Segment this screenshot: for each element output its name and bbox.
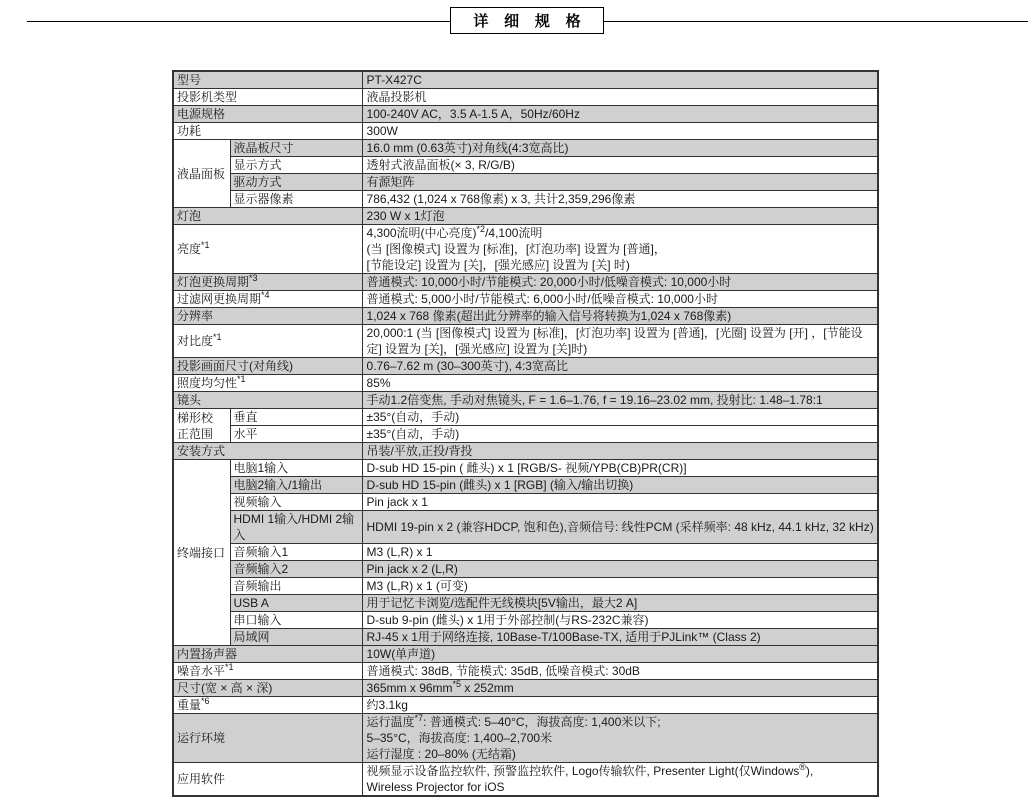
spec-value-cell: ±35°(自动，手动) (362, 426, 878, 443)
table-row: HDMI 1输入/HDMI 2输入HDMI 19-pin x 2 (兼容HDCP… (173, 511, 878, 544)
table-row: 显示器像素786,432 (1,024 x 768像素) x 3, 共计2,35… (173, 191, 878, 208)
spec-value-cell: 230 W x 1灯泡 (362, 208, 878, 225)
spec-sublabel-cell: 显示方式 (230, 157, 362, 174)
table-row: 尺寸(宽 × 高 × 深)365mm x 96mm*5 x 252mm (173, 680, 878, 697)
spec-value-cell: D-sub 9-pin (雌头) x 1用于外部控制(与RS-232C兼容) (362, 612, 878, 629)
spec-label-cell: 尺寸(宽 × 高 × 深) (173, 680, 362, 697)
spec-value-cell: 300W (362, 123, 878, 140)
spec-label-cell: 运行环境 (173, 714, 362, 763)
table-row: 分辨率1,024 x 768 像素(超出此分辨率的输入信号将转换为1,024 x… (173, 308, 878, 325)
spec-sublabel-cell: USB A (230, 595, 362, 612)
table-row: 亮度*14,300流明(中心亮度)*2/4,100流明 (当 [图像模式] 设置… (173, 225, 878, 274)
spec-sublabel-cell: 液晶板尺寸 (230, 140, 362, 157)
table-row: 投影画面尺寸(对角线)0.76–7.62 m (30–300英寸), 4:3宽高… (173, 358, 878, 375)
table-row: 音频输入2Pin jack x 2 (L,R) (173, 561, 878, 578)
spec-label-cell: 对比度*1 (173, 325, 362, 358)
spec-value-cell: 吊装/平放,正投/背投 (362, 443, 878, 460)
table-row: 驱动方式有源矩阵 (173, 174, 878, 191)
table-row: 型号PT-X427C (173, 71, 878, 89)
table-row: 串口输入D-sub 9-pin (雌头) x 1用于外部控制(与RS-232C兼… (173, 612, 878, 629)
spec-label-cell: 应用软件 (173, 763, 362, 797)
table-row: 水平±35°(自动，手动) (173, 426, 878, 443)
table-row: 灯泡230 W x 1灯泡 (173, 208, 878, 225)
spec-value-cell: 普通模式: 38dB, 节能模式: 35dB, 低噪音模式: 30dB (362, 663, 878, 680)
title-box: 详 细 规 格 (450, 7, 604, 34)
spec-sublabel-cell: 水平 (230, 426, 362, 443)
spec-sublabel-cell: 电脑1输入 (230, 460, 362, 477)
table-row: 运行环境运行温度*7: 普通模式: 5–40°C，海拔高度: 1,400米以下;… (173, 714, 878, 763)
spec-sublabel-cell: 电脑2输入/1输出 (230, 477, 362, 494)
spec-sublabel-cell: 驱动方式 (230, 174, 362, 191)
table-row: 投影机类型液晶投影机 (173, 89, 878, 106)
spec-value-cell: 0.76–7.62 m (30–300英寸), 4:3宽高比 (362, 358, 878, 375)
table-row: 梯形校 正范围垂直±35°(自动，手动) (173, 409, 878, 426)
spec-value-cell: M3 (L,R) x 1 (362, 544, 878, 561)
spec-table-body: 型号PT-X427C投影机类型液晶投影机电源规格100-240V AC，3.5 … (173, 71, 878, 796)
table-row: 对比度*120,000:1 (当 [图像模式] 设置为 [标准]，[灯泡功率] … (173, 325, 878, 358)
spec-label-cell: 过滤网更换周期*4 (173, 291, 362, 308)
spec-value-cell: Pin jack x 1 (362, 494, 878, 511)
spec-label-cell: 电源规格 (173, 106, 362, 123)
table-row: 内置扬声器10W(单声道) (173, 646, 878, 663)
spec-value-cell: 普通模式: 5,000小时/节能模式: 6,000小时/低噪音模式: 10,00… (362, 291, 878, 308)
spec-group-cell: 梯形校 正范围 (173, 409, 230, 443)
spec-label-cell: 重量*6 (173, 697, 362, 714)
table-row: 音频输出M3 (L,R) x 1 (可变) (173, 578, 878, 595)
spec-sublabel-cell: 音频输出 (230, 578, 362, 595)
table-row: 噪音水平*1普通模式: 38dB, 节能模式: 35dB, 低噪音模式: 30d… (173, 663, 878, 680)
spec-value-cell: HDMI 19-pin x 2 (兼容HDCP, 饱和色),音频信号: 线性PC… (362, 511, 878, 544)
table-row: 显示方式透射式液晶面板(× 3, R/G/B) (173, 157, 878, 174)
spec-sublabel-cell: 音频输入1 (230, 544, 362, 561)
spec-value-cell: 10W(单声道) (362, 646, 878, 663)
spec-value-cell: 786,432 (1,024 x 768像素) x 3, 共计2,359,296… (362, 191, 878, 208)
spec-label-cell: 投影画面尺寸(对角线) (173, 358, 362, 375)
spec-sublabel-cell: 局域网 (230, 629, 362, 646)
spec-value-cell: 透射式液晶面板(× 3, R/G/B) (362, 157, 878, 174)
table-row: 安装方式吊装/平放,正投/背投 (173, 443, 878, 460)
spec-value-cell: 1,024 x 768 像素(超出此分辨率的输入信号将转换为1,024 x 76… (362, 308, 878, 325)
spec-label-cell: 安装方式 (173, 443, 362, 460)
spec-value-cell: 视频显示设备监控软件, 预警监控软件, Logo传输软件, Presenter … (362, 763, 878, 797)
spec-value-cell: RJ-45 x 1用于网络连接, 10Base-T/100Base-TX, 适用… (362, 629, 878, 646)
table-row: 灯泡更换周期*3普通模式: 10,000小时/节能模式: 20,000小时/低噪… (173, 274, 878, 291)
table-row: 电源规格100-240V AC，3.5 A-1.5 A，50Hz/60Hz (173, 106, 878, 123)
spec-group-cell: 液晶面板 (173, 140, 230, 208)
spec-label-cell: 内置扬声器 (173, 646, 362, 663)
table-row: 功耗300W (173, 123, 878, 140)
table-row: 音频输入1M3 (L,R) x 1 (173, 544, 878, 561)
table-row: 过滤网更换周期*4普通模式: 5,000小时/节能模式: 6,000小时/低噪音… (173, 291, 878, 308)
page-title: 详 细 规 格 (473, 10, 586, 31)
spec-value-cell: Pin jack x 2 (L,R) (362, 561, 878, 578)
spec-sublabel-cell: 显示器像素 (230, 191, 362, 208)
spec-label-cell: 灯泡 (173, 208, 362, 225)
table-row: 应用软件视频显示设备监控软件, 预警监控软件, Logo传输软件, Presen… (173, 763, 878, 797)
spec-value-cell: M3 (L,R) x 1 (可变) (362, 578, 878, 595)
spec-label-cell: 噪音水平*1 (173, 663, 362, 680)
table-row: 视频输入Pin jack x 1 (173, 494, 878, 511)
spec-sublabel-cell: 音频输入2 (230, 561, 362, 578)
spec-value-cell: 85% (362, 375, 878, 392)
spec-value-cell: 约3.1kg (362, 697, 878, 714)
spec-value-cell: ±35°(自动，手动) (362, 409, 878, 426)
spec-label-cell: 分辨率 (173, 308, 362, 325)
spec-value-cell: 运行温度*7: 普通模式: 5–40°C，海拔高度: 1,400米以下; 5–3… (362, 714, 878, 763)
spec-value-cell: PT-X427C (362, 71, 878, 89)
spec-label-cell: 功耗 (173, 123, 362, 140)
spec-label-cell: 型号 (173, 71, 362, 89)
spec-value-cell: D-sub HD 15-pin ( 雌头) x 1 [RGB/S- 视频/YPB… (362, 460, 878, 477)
spec-label-cell: 灯泡更换周期*3 (173, 274, 362, 291)
spec-label-cell: 照度均匀性*1 (173, 375, 362, 392)
spec-value-cell: 20,000:1 (当 [图像模式] 设置为 [标准]，[灯泡功率] 设置为 [… (362, 325, 878, 358)
table-row: 电脑2输入/1输出D-sub HD 15-pin (雌头) x 1 [RGB] … (173, 477, 878, 494)
spec-label-cell: 投影机类型 (173, 89, 362, 106)
spec-sublabel-cell: 串口输入 (230, 612, 362, 629)
spec-table: 型号PT-X427C投影机类型液晶投影机电源规格100-240V AC，3.5 … (172, 70, 879, 797)
table-row: 局域网RJ-45 x 1用于网络连接, 10Base-T/100Base-TX,… (173, 629, 878, 646)
spec-sublabel-cell: HDMI 1输入/HDMI 2输入 (230, 511, 362, 544)
table-row: 终端接口电脑1输入D-sub HD 15-pin ( 雌头) x 1 [RGB/… (173, 460, 878, 477)
spec-value-cell: 用于记忆卡浏览/选配件无线模块[5V输出，最大2 A] (362, 595, 878, 612)
spec-value-cell: 手动1.2倍变焦, 手动对焦镜头, F = 1.6–1.76, f = 19.1… (362, 392, 878, 409)
table-row: 镜头手动1.2倍变焦, 手动对焦镜头, F = 1.6–1.76, f = 19… (173, 392, 878, 409)
spec-value-cell: 普通模式: 10,000小时/节能模式: 20,000小时/低噪音模式: 10,… (362, 274, 878, 291)
spec-value-cell: 100-240V AC，3.5 A-1.5 A，50Hz/60Hz (362, 106, 878, 123)
spec-value-cell: 365mm x 96mm*5 x 252mm (362, 680, 878, 697)
table-row: 照度均匀性*185% (173, 375, 878, 392)
spec-group-cell: 终端接口 (173, 460, 230, 646)
spec-label-cell: 亮度*1 (173, 225, 362, 274)
spec-value-cell: 液晶投影机 (362, 89, 878, 106)
spec-value-cell: 4,300流明(中心亮度)*2/4,100流明 (当 [图像模式] 设置为 [标… (362, 225, 878, 274)
table-row: 重量*6约3.1kg (173, 697, 878, 714)
spec-label-cell: 镜头 (173, 392, 362, 409)
spec-value-cell: 16.0 mm (0.63英寸)对角线(4:3宽高比) (362, 140, 878, 157)
table-row: 液晶面板液晶板尺寸16.0 mm (0.63英寸)对角线(4:3宽高比) (173, 140, 878, 157)
spec-value-cell: D-sub HD 15-pin (雌头) x 1 [RGB] (输入/输出切换) (362, 477, 878, 494)
spec-value-cell: 有源矩阵 (362, 174, 878, 191)
table-row: USB A用于记忆卡浏览/选配件无线模块[5V输出，最大2 A] (173, 595, 878, 612)
spec-sublabel-cell: 垂直 (230, 409, 362, 426)
spec-sublabel-cell: 视频输入 (230, 494, 362, 511)
